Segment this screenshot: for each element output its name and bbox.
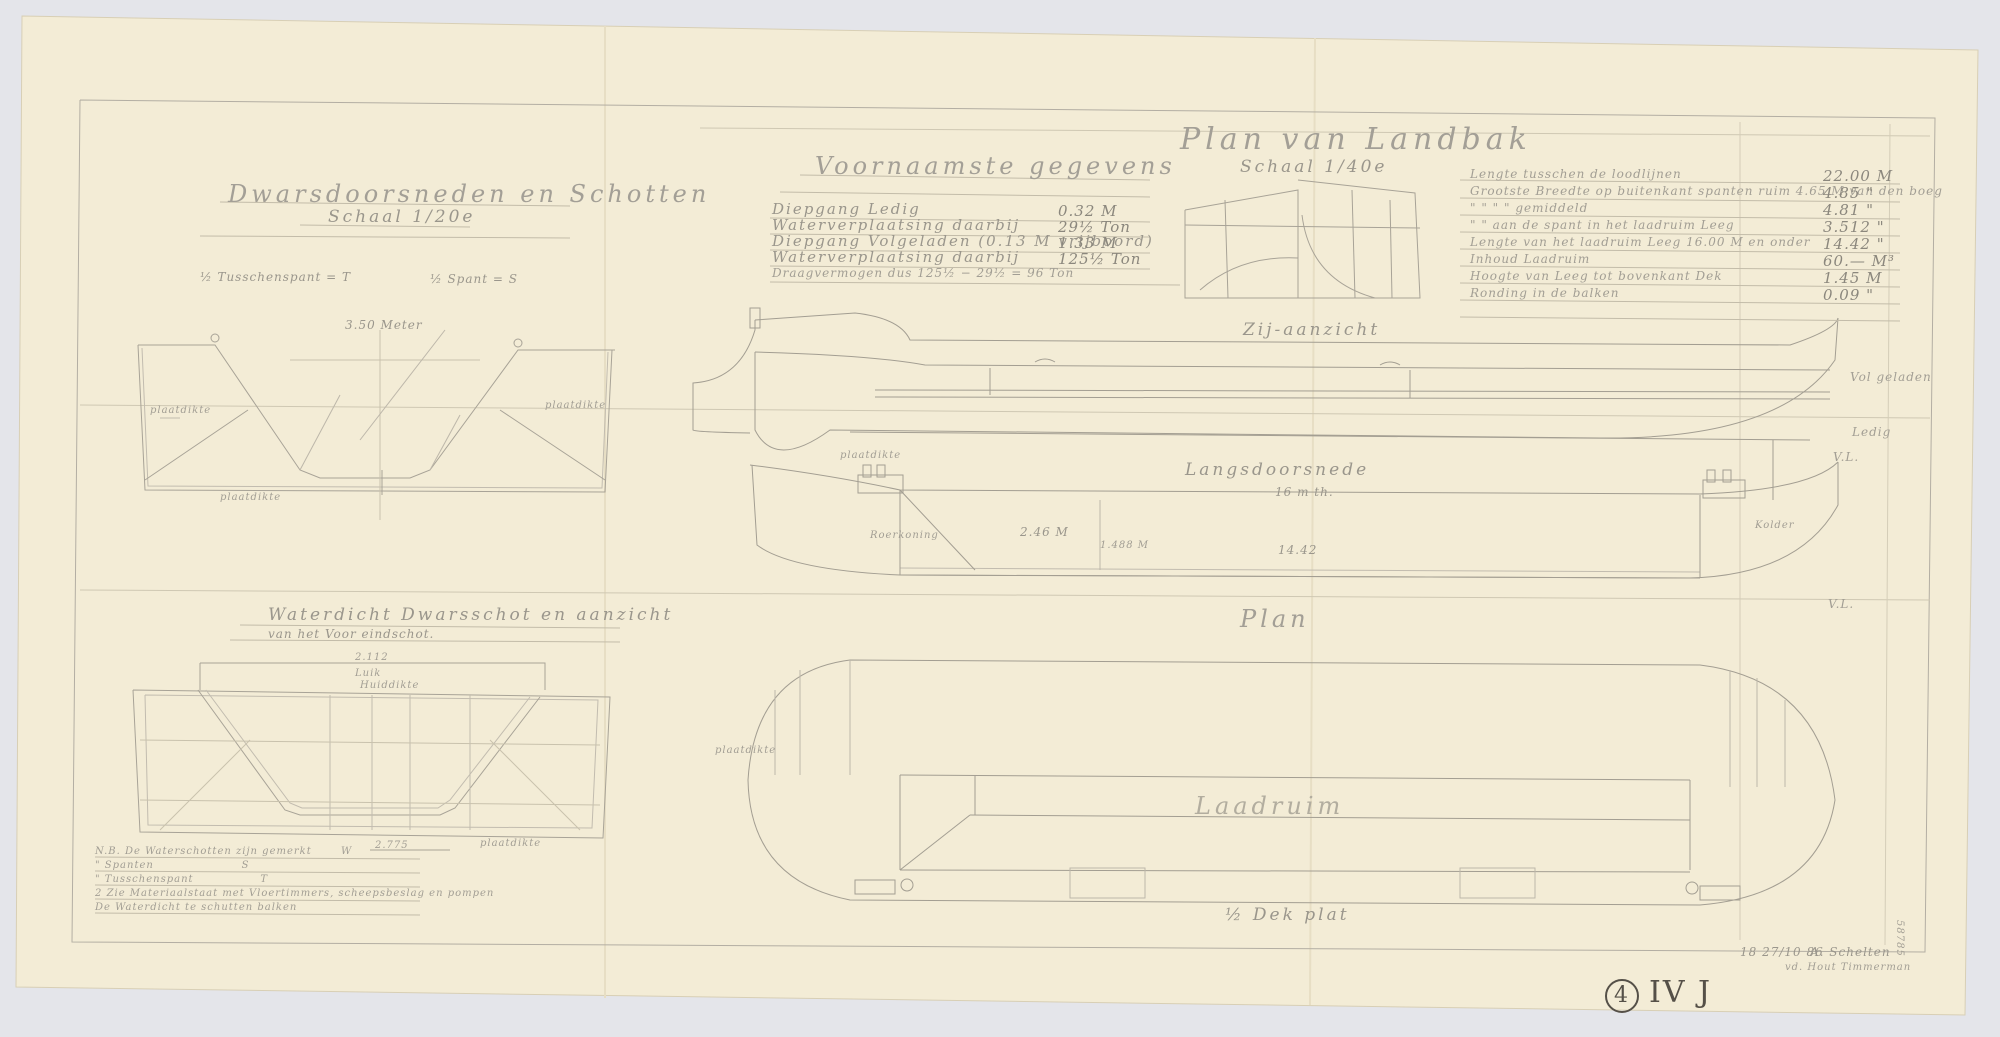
signature-sub: vd. Hout Timmerman	[1785, 962, 1911, 973]
deck-label: ½ Dek plat	[1225, 905, 1350, 925]
cross-section-left-label: ½ Tusschenspant = T	[200, 270, 351, 284]
dimension-value: 0.09 "	[1823, 286, 1874, 304]
archive-number: 4	[1605, 979, 1639, 1013]
dimension-value: 4.81 "	[1823, 201, 1874, 219]
note-line: " Spanten S	[95, 860, 249, 871]
longitudinal-dimension: 1.488 M	[1100, 540, 1149, 551]
hold-label: Laadruim	[1195, 792, 1344, 820]
cross-sections-title: Dwarsdoorsneden en Schotten	[228, 180, 710, 208]
cross-sections-scale: Schaal 1/20e	[328, 207, 475, 227]
bulkhead-subtitle: van het Voor eindschot.	[268, 627, 434, 641]
longitudinal-annotation: Kolder	[1755, 520, 1795, 531]
dimension-label: Lengte van het laadruim Leeg 16.00 M en …	[1470, 235, 1811, 249]
cross-section-annotation: plaatdikte	[220, 492, 281, 503]
note-line: De Waterdicht te schutten balken	[95, 902, 297, 913]
note-line: 2 Zie Materiaalstaat met Vloertimmers, s…	[95, 888, 494, 899]
principal-data-label: Draagvermogen dus 125½ − 29½ = 96 Ton	[772, 266, 1074, 280]
waterline-label: V.L.	[1833, 450, 1859, 464]
dimension-value: 22.00 M	[1823, 167, 1893, 185]
main-title: Plan van Landbak	[1180, 122, 1532, 157]
dimension-value: 60.— M³	[1823, 252, 1895, 270]
dimension-label: Lengte tusschen de loodlijnen	[1470, 167, 1682, 181]
cross-section-annotation: plaatdikte	[150, 405, 211, 416]
archive-code: IV J	[1649, 975, 1712, 1010]
dimension-label: Ronding in de balken	[1470, 286, 1620, 300]
cross-section-width: 3.50 Meter	[345, 318, 423, 332]
cross-section-annotation: plaatdikte	[545, 400, 606, 411]
bulkhead-title: Waterdicht Dwarsschot en aanzicht	[268, 605, 673, 625]
plan-label: Plan	[1240, 605, 1310, 633]
dimension-value: 1.45 M	[1823, 269, 1883, 287]
dimension-label: Inhoud Laadruim	[1470, 252, 1590, 266]
longitudinal-label: Langsdoorsnede	[1185, 460, 1369, 480]
bulkhead-annotation: plaatdikte	[480, 838, 541, 849]
bulkhead-dimension: Luik	[355, 668, 381, 679]
note-line: N.B. De Waterschotten zijn gemerkt W	[95, 846, 352, 857]
principal-data-title: Voornaamste gegevens	[815, 152, 1176, 180]
plan-annotation: plaatdikte	[715, 745, 776, 756]
dimension-value: 3.512 "	[1823, 218, 1885, 236]
longitudinal-dimension: 2.46 M	[1020, 525, 1069, 539]
principal-data-label: Waterverplaatsing daarbij	[772, 248, 1020, 266]
longitudinal-dimension: 14.42	[1278, 543, 1317, 557]
bulkhead-dimension: Huiddikte	[360, 680, 419, 691]
note-line: " Tusschenspant T	[95, 874, 268, 885]
dimension-label: " " " " gemiddeld	[1470, 201, 1588, 215]
waterline-label: Ledig	[1852, 425, 1891, 439]
longitudinal-sub: 16 m th.	[1275, 485, 1334, 499]
bulkhead-dimension: 2.112	[355, 652, 389, 663]
dimension-value: 4.85 "	[1823, 184, 1874, 202]
dimension-label: Hoogte van Leeg tot bovenkant Dek	[1470, 269, 1722, 283]
side-number: 58785	[1894, 920, 1905, 957]
dimension-label: " " aan de spant in het laadruim Leeg	[1470, 218, 1735, 232]
dimension-value: 14.42 "	[1823, 235, 1885, 253]
side-view-annotation: plaatdikte	[840, 450, 901, 461]
side-view-label: Zij-aanzicht	[1243, 320, 1380, 340]
waterline-label: V.L.	[1828, 597, 1854, 611]
main-title-scale: Schaal 1/40e	[1240, 157, 1387, 177]
bulkhead-dimension: 2.775	[375, 840, 409, 851]
signature: A. Schelten	[1810, 945, 1891, 959]
waterline-label: Vol geladen	[1850, 370, 1932, 384]
archive-mark: 4IV J	[1605, 975, 1712, 1013]
cross-section-right-label: ½ Spant = S	[430, 272, 518, 286]
longitudinal-annotation: Roerkoning	[870, 530, 939, 541]
